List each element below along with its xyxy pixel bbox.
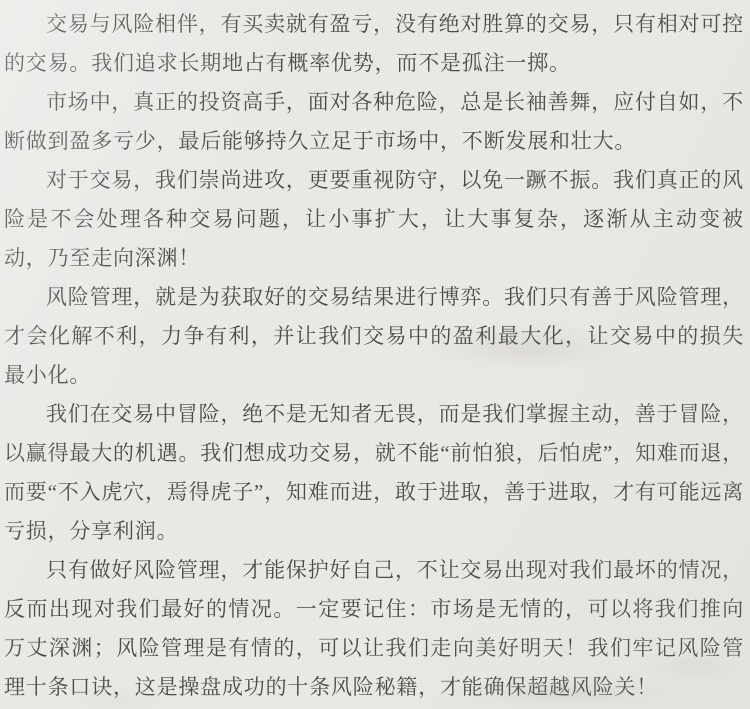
- document-page: 交易与风险相伴，有买卖就有盈亏，没有绝对胜算的交易，只有相对可控的交易。我们追求…: [0, 0, 750, 709]
- paragraph: 对于交易，我们崇尚进攻，更要重视防守，以免一蹶不振。我们真正的风险是不会处理各种…: [4, 161, 744, 278]
- paragraph: 风险管理，就是为获取好的交易结果进行博弈。我们只有善于风险管理，才会化解不利，力…: [4, 278, 744, 395]
- paragraph: 只有做好风险管理，才能保护好自己，不让交易出现对我们最坏的情况，反而出现对我们最…: [4, 551, 744, 707]
- paragraph: 我们在交易中冒险，绝不是无知者无畏，而是我们掌握主动，善于冒险，以赢得最大的机遇…: [4, 395, 744, 551]
- paragraph: 交易与风险相伴，有买卖就有盈亏，没有绝对胜算的交易，只有相对可控的交易。我们追求…: [4, 5, 744, 83]
- paragraph: 市场中，真正的投资高手，面对各种危险，总是长袖善舞，应付自如，不断做到盈多亏少，…: [4, 83, 744, 161]
